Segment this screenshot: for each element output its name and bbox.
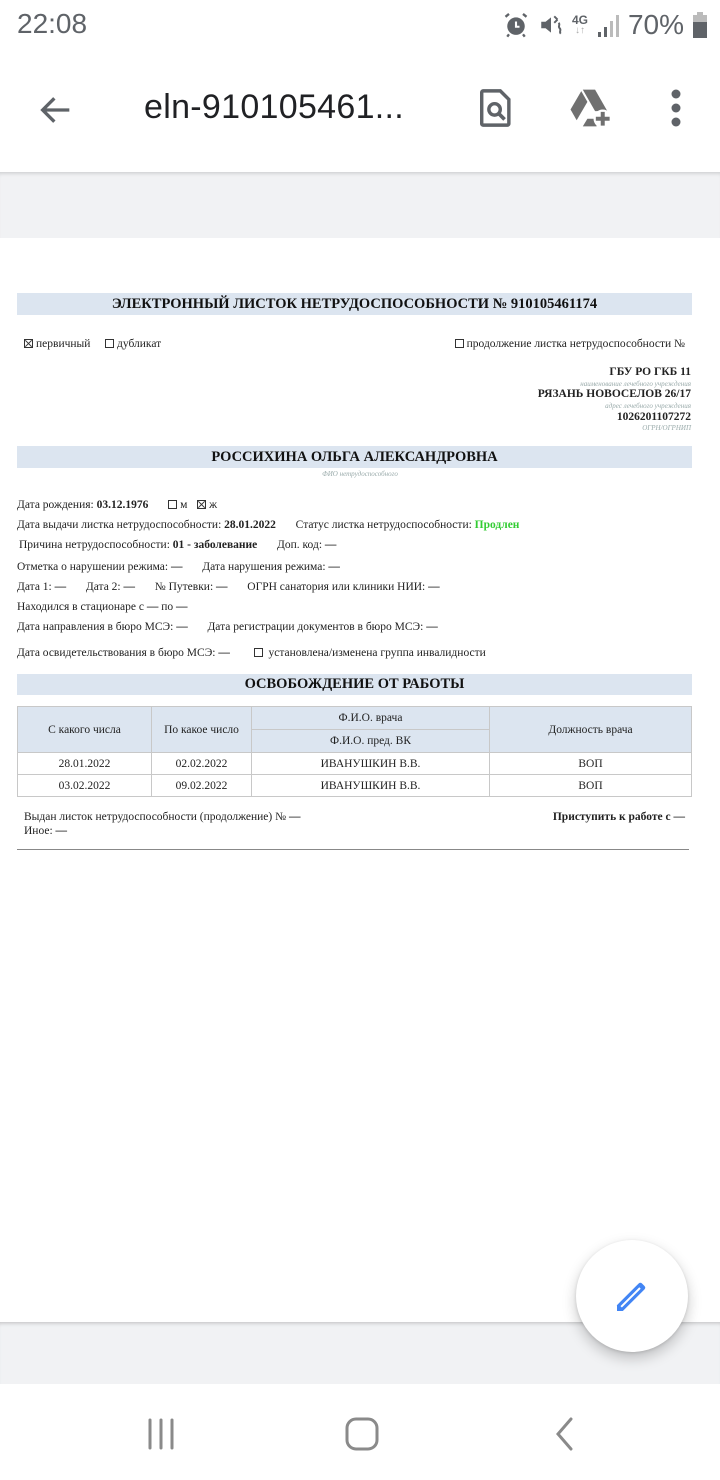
- back-button[interactable]: [28, 82, 84, 138]
- reason-value: 01 - заболевание: [173, 539, 258, 551]
- alarm-icon: [502, 11, 530, 39]
- viewer-top-margin: [0, 172, 720, 238]
- table-row: 28.01.2022 02.02.2022 ИВАНУШКИН В.В. ВОП: [18, 753, 692, 775]
- institution-name: ГБУ РО ГКБ 11: [609, 366, 691, 378]
- drive-add-button[interactable]: [564, 80, 620, 136]
- return-to-work-row: Приступить к работе с —: [553, 811, 685, 823]
- status-badge: Продлен: [475, 519, 520, 531]
- institution-address: РЯЗАНЬ НОВОСЕЛОВ 26/17: [538, 388, 691, 400]
- system-back-button[interactable]: [534, 1404, 594, 1464]
- institution-name-caption: наименование лечебного учреждения: [580, 380, 691, 388]
- more-options-button[interactable]: [648, 80, 704, 136]
- document-main-title: ЭЛЕКТРОННЫЙ ЛИСТОК НЕТРУДОСПОСОБНОСТИ № …: [17, 293, 692, 315]
- institution-ogrn-caption: ОГРН/ОГРНИП: [642, 424, 691, 432]
- 4g-data-icon: 4G ↓↑: [572, 14, 588, 36]
- arrow-back-icon: [36, 90, 76, 130]
- col-to: По какое число: [152, 707, 252, 753]
- more-vert-icon: [670, 88, 682, 128]
- drive-add-icon: [569, 88, 615, 128]
- issue-date-row: Дата выдачи листка нетрудоспособности: 2…: [17, 519, 519, 531]
- home-button[interactable]: [332, 1404, 392, 1464]
- battery-percent: 70%: [628, 9, 684, 41]
- back-icon: [553, 1417, 575, 1451]
- status-time: 22:08: [17, 8, 87, 40]
- release-section-title: ОСВОБОЖДЕНИЕ ОТ РАБОТЫ: [17, 674, 692, 695]
- home-icon: [345, 1417, 379, 1451]
- search-document-icon: [478, 88, 514, 128]
- recent-apps-icon: [145, 1418, 177, 1450]
- reason-row: Причина нетрудоспособности: 01 - заболев…: [19, 539, 336, 551]
- unchecked-box-icon: [254, 648, 263, 657]
- mse-exam-row: Дата освидетельствования в бюро МСЭ: — у…: [17, 647, 486, 659]
- unchecked-box-icon: [455, 339, 464, 348]
- status-bar: 22:08 4G ↓↑ 70%: [0, 0, 720, 50]
- battery-icon: [692, 11, 708, 39]
- checked-box-icon: [24, 339, 33, 348]
- dates-row: Дата 1: — Дата 2: — № Путевки: — ОГРН са…: [17, 581, 440, 593]
- app-bar: eln-910105461...: [0, 50, 720, 170]
- patient-name-caption: ФИО нетрудоспособного: [0, 470, 720, 478]
- birth-date-row: Дата рождения: 03.12.1976 м ж: [17, 499, 217, 511]
- col-vk-chair: Ф.И.О. пред. ВК: [252, 730, 490, 753]
- unchecked-box-icon: [105, 339, 114, 348]
- patient-name: РОССИХИНА ОЛЬГА АЛЕКСАНДРОВНА: [17, 446, 692, 468]
- duplicate-checkbox: дубликат: [105, 338, 161, 350]
- edit-fab-button[interactable]: [576, 1240, 688, 1352]
- institution-address-caption: адрес лечебного учреждения: [605, 402, 691, 410]
- issue-date-value: 28.01.2022: [224, 519, 276, 531]
- primary-checkbox: первичный: [24, 338, 90, 350]
- recent-apps-button[interactable]: [131, 1404, 191, 1464]
- birth-date-value: 03.12.1976: [97, 499, 149, 511]
- signal-icon: [596, 12, 620, 38]
- continuation-checkbox: продолжение листка нетрудоспособности №: [455, 338, 685, 350]
- search-document-button[interactable]: [468, 80, 524, 136]
- table-row: 03.02.2022 09.02.2022 ИВАНУШКИН В.В. ВОП: [18, 775, 692, 797]
- divider: [17, 849, 689, 850]
- unchecked-box-icon: [168, 500, 177, 509]
- system-nav-bar: [0, 1384, 720, 1480]
- col-doctor: Ф.И.О. врача: [252, 707, 490, 730]
- checked-box-icon: [197, 500, 206, 509]
- mse-row: Дата направления в бюро МСЭ: — Дата реги…: [17, 621, 438, 633]
- mute-vibrate-icon: [538, 11, 564, 39]
- document-title: eln-910105461...: [144, 88, 404, 127]
- document-page[interactable]: ЭЛЕКТРОННЫЙ ЛИСТОК НЕТРУДОСПОСОБНОСТИ № …: [0, 238, 720, 1322]
- col-position: Должность врача: [490, 707, 692, 753]
- edit-pencil-icon: [612, 1276, 652, 1316]
- violation-row: Отметка о нарушении режима: — Дата наруш…: [17, 561, 340, 573]
- other-row: Иное: —: [24, 825, 67, 837]
- hospital-row: Находился в стационаре с — по —: [17, 601, 188, 613]
- continuation-issued-row: Выдан листок нетрудоспособности (продолж…: [24, 811, 300, 823]
- col-from: С какого числа: [18, 707, 152, 753]
- release-table: С какого числа По какое число Ф.И.О. вра…: [17, 706, 692, 797]
- institution-ogrn: 1026201107272: [617, 411, 691, 423]
